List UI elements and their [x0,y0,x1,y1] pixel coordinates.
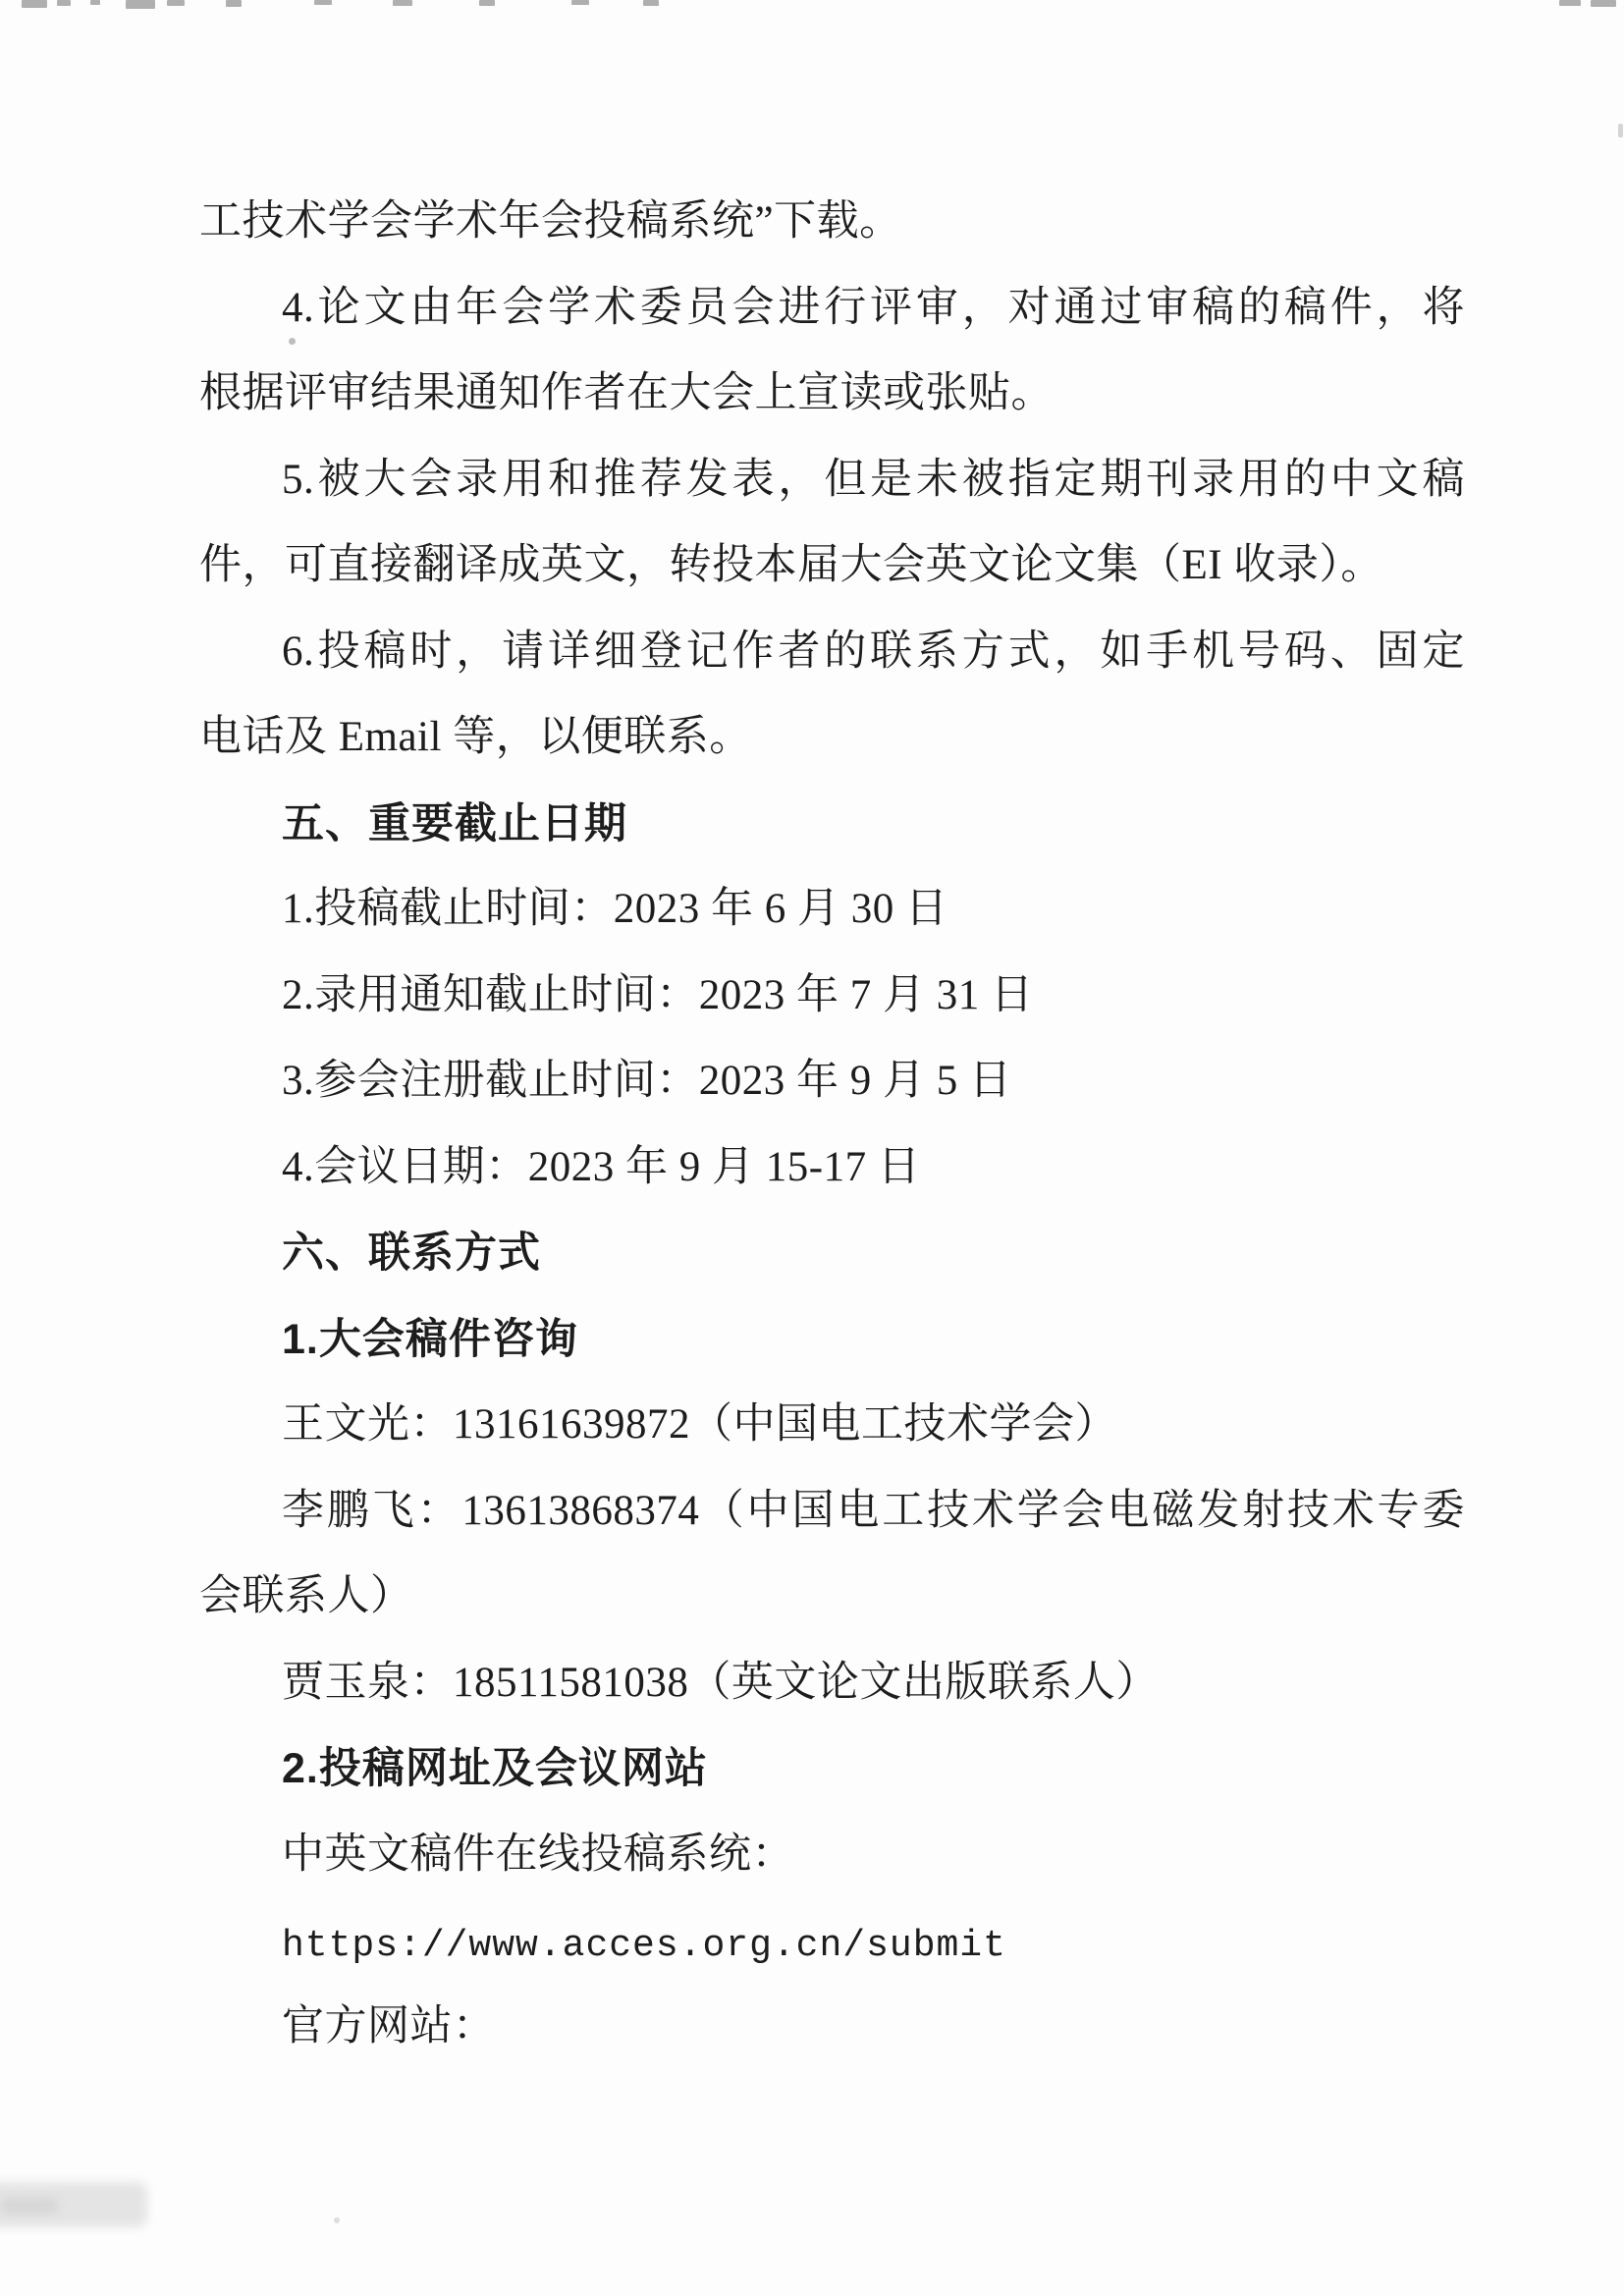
scan-artifact [1559,0,1581,6]
scan-speck [334,2217,340,2223]
contact-li-line1: 李鹏飞：13613868374（中国电工技术学会电磁发射技术专委 [282,1488,1465,1535]
item4-line1: 4.论文由年会学术委员会进行评审，对通过审稿的稿件，将 [282,285,1465,332]
subheading-consultation: 1.大会稿件咨询 [282,1316,578,1363]
scan-artifact [393,0,412,6]
submission-url: https://www.acces.org.cn/submit [282,1923,1006,1970]
scan-artifact [571,0,589,5]
contact-jia-line: 贾玉泉：18511581038（英文论文出版联系人） [282,1660,1159,1707]
item6-line2: 电话及 Email 等，以便联系。 [199,714,752,761]
scan-artifact [1591,0,1616,7]
scan-artifact [643,0,659,6]
deadline-item-2: 2.录用通知截止时间：2023 年 7 月 31 日 [282,972,1034,1019]
scan-artifact [226,0,242,7]
scan-smudge [0,2198,59,2214]
scan-artifact [57,0,71,6]
deadline-item-3: 3.参会注册截止时间：2023 年 9 月 5 日 [282,1058,1012,1105]
section6-heading: 六、联系方式 [282,1230,541,1277]
official-site-label: 官方网站： [282,2003,496,2050]
item6-line1: 6.投稿时，请详细登记作者的联系方式，如手机号码、固定 [282,629,1465,676]
scan-speck [1618,124,1623,137]
scan-artifact [479,0,495,6]
submission-system-label: 中英文稿件在线投稿系统： [282,1831,794,1879]
document-page: 工技术学会学术年会投稿系统”下载。 4.论文由年会学术委员会进行评审，对通过审稿… [0,0,1624,2296]
deadline-item-1: 1.投稿截止时间：2023 年 6 月 30 日 [282,886,948,933]
section5-heading: 五、重要截止日期 [282,800,627,847]
item5-line1: 5.被大会录用和推荐发表，但是未被指定期刊录用的中文稿 [282,457,1465,504]
item4-line2: 根据评审结果通知作者在大会上宣读或张贴。 [199,370,1054,417]
scan-artifact [126,0,155,9]
subheading-websites: 2.投稿网址及会议网站 [282,1745,708,1792]
scan-artifact [167,0,185,6]
scan-artifact [314,0,332,5]
item5-line2: 件，可直接翻译成英文，转投本届大会英文论文集（EI 收录）。 [199,542,1383,589]
intro-continuation-line: 工技术学会学术年会投稿系统”下载。 [199,198,902,246]
contact-li-line2: 会联系人） [199,1573,413,1620]
scan-artifact [90,0,100,5]
deadline-item-4: 4.会议日期：2023 年 9 月 15-17 日 [282,1144,920,1191]
scan-speck [289,338,296,345]
contact-wang-line: 王文光：13161639872（中国电工技术学会） [282,1401,1117,1449]
scan-artifact [22,0,47,8]
